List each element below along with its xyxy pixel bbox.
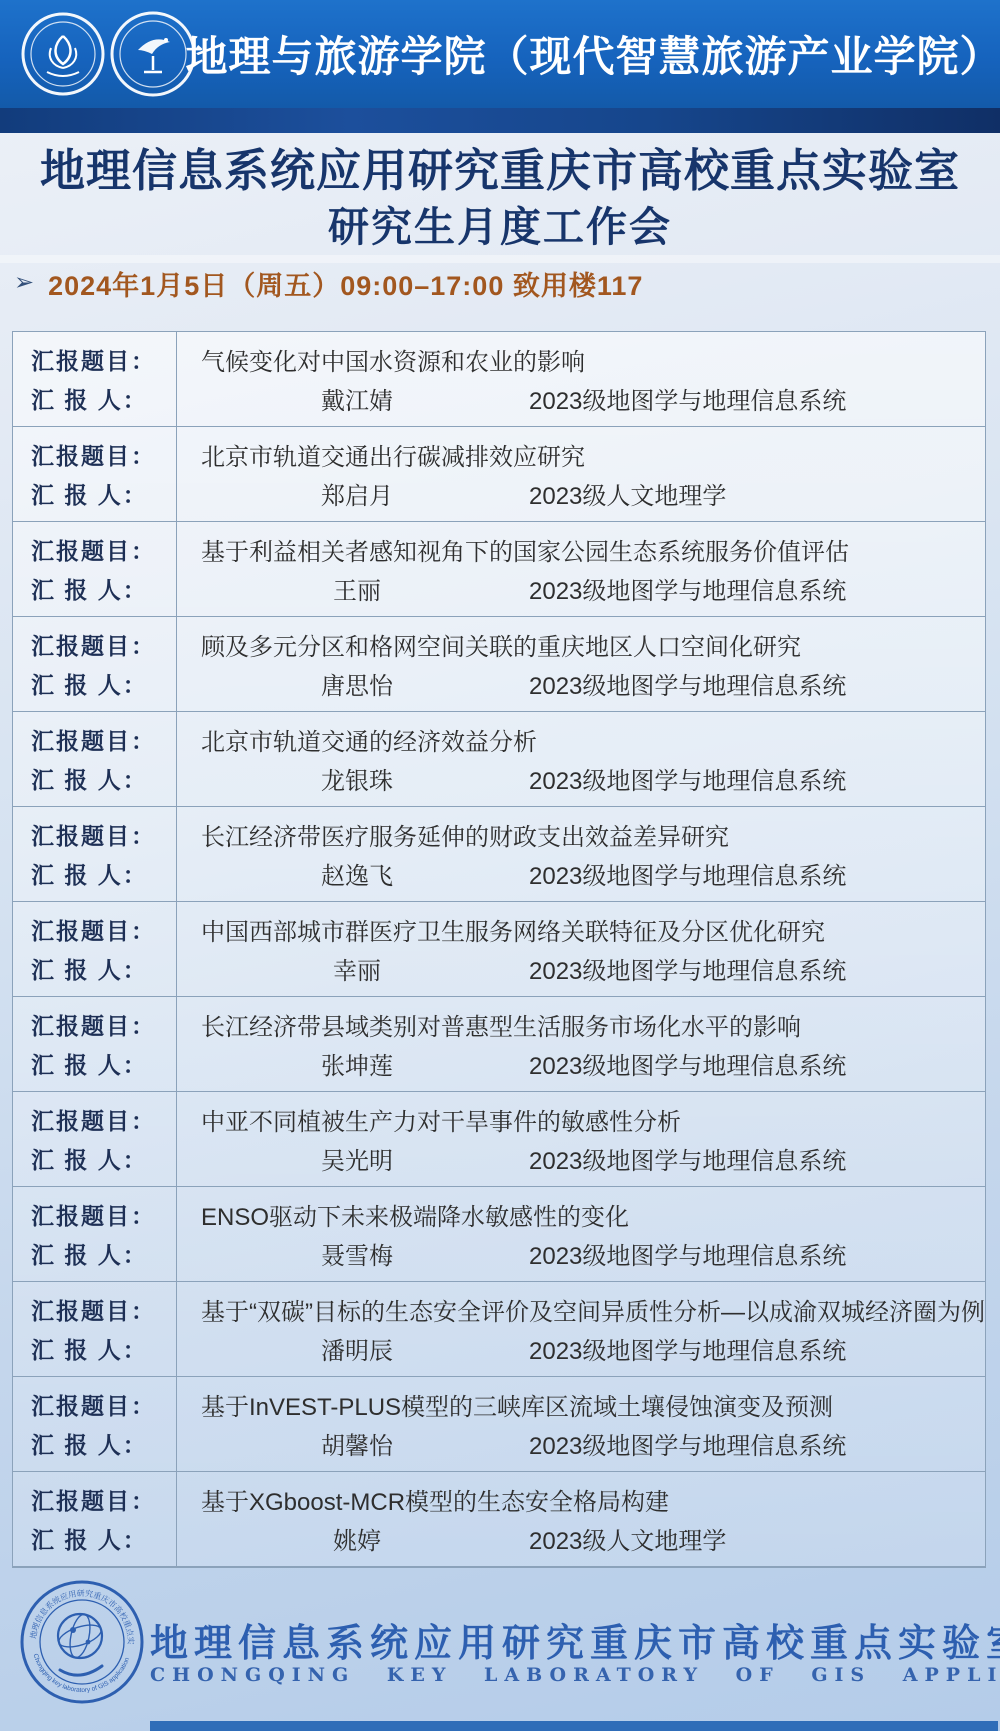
presenter-line: 吴光明 2023级地图学与地理信息系统 [177,1141,985,1176]
report-title: 北京市轨道交通的经济效益分析 [177,722,985,757]
header-divider-strip [0,108,1000,133]
presenter-name: 聂雪梅 [277,1236,437,1271]
presenter-label: 汇 报 人： [31,382,176,415]
content-column: 基于利益相关者感知视角下的国家公园生态系统服务价值评估 王丽 2023级地图学与… [177,522,985,616]
label-column: 汇报题目： 汇 报 人： [13,617,177,711]
presenter-label: 汇 报 人： [31,857,176,890]
schedule-table: 汇报题目： 汇 报 人： 气候变化对中国水资源和农业的影响 戴江婧 2023级地… [12,331,986,1568]
content-column: 基于XGboost-MCR模型的生态安全格局构建 姚婷 2023级人文地理学 [177,1472,985,1566]
table-row: 汇报题目： 汇 报 人： 基于XGboost-MCR模型的生态安全格局构建 姚婷… [13,1472,985,1567]
table-row: 汇报题目： 汇 报 人： ENSO驱动下未来极端降水敏感性的变化 聂雪梅 202… [13,1187,985,1282]
poster: 地理与旅游学院（现代智慧旅游产业学院） 地理信息系统应用研究重庆市高校重点实验室… [0,0,1000,1731]
presenter-line: 王丽 2023级地图学与地理信息系统 [177,571,985,606]
presenter-program: 2023级地图学与地理信息系统 [529,571,846,606]
presenter-line: 聂雪梅 2023级地图学与地理信息系统 [177,1236,985,1271]
lab-title: 地理信息系统应用研究重庆市高校重点实验室 [0,134,1000,199]
label-column: 汇报题目： 汇 报 人： [13,712,177,806]
label-column: 汇报题目： 汇 报 人： [13,807,177,901]
content-column: 北京市轨道交通的经济效益分析 龙银珠 2023级地图学与地理信息系统 [177,712,985,806]
report-title: ENSO驱动下未来极端降水敏感性的变化 [177,1197,985,1232]
logo-ring-text-top: 地理信息系统应用研究重庆市高校重点实验室 [18,1578,136,1645]
label-column: 汇报题目： 汇 报 人： [13,522,177,616]
presenter-label: 汇 报 人： [31,1142,176,1175]
college-logo-icon [108,10,198,98]
table-row: 汇报题目： 汇 报 人： 长江经济带医疗服务延伸的财政支出效益差异研究 赵逸飞 … [13,807,985,902]
arrow-bullet-icon: ➢ [14,271,34,295]
presenter-label: 汇 报 人： [31,1427,176,1460]
report-title-label: 汇报题目： [31,343,176,376]
presenter-name: 幸丽 [277,951,437,986]
label-column: 汇报题目： 汇 报 人： [13,1092,177,1186]
presenter-program: 2023级人文地理学 [529,476,726,511]
content-column: 气候变化对中国水资源和农业的影响 戴江婧 2023级地图学与地理信息系统 [177,332,985,426]
report-title: 基于利益相关者感知视角下的国家公园生态系统服务价值评估 [177,532,985,567]
report-title-label: 汇报题目： [31,1293,176,1326]
report-title: 基于XGboost-MCR模型的生态安全格局构建 [177,1482,985,1517]
presenter-line: 龙银珠 2023级地图学与地理信息系统 [177,761,985,796]
presenter-program: 2023级地图学与地理信息系统 [529,761,846,796]
presenter-program: 2023级地图学与地理信息系统 [529,1141,846,1176]
report-title-label: 汇报题目： [31,1008,176,1041]
table-row: 汇报题目： 汇 报 人： 基于利益相关者感知视角下的国家公园生态系统服务价值评估… [13,522,985,617]
presenter-program: 2023级地图学与地理信息系统 [529,1426,846,1461]
report-title: 顾及多元分区和格网空间关联的重庆地区人口空间化研究 [177,627,985,662]
meeting-info-line: ➢ 2024年1月5日（周五）09:00–17:00 致用楼117 [14,266,974,300]
presenter-name: 赵逸飞 [277,856,437,891]
presenter-label: 汇 报 人： [31,1332,176,1365]
presenter-line: 胡馨怡 2023级地图学与地理信息系统 [177,1426,985,1461]
footer-lab-name-cn: 地理信息系统应用研究重庆市高校重点实验室 [150,1612,990,1667]
label-column: 汇报题目： 汇 报 人： [13,427,177,521]
presenter-program: 2023级地图学与地理信息系统 [529,1331,846,1366]
presenter-line: 戴江婧 2023级地图学与地理信息系统 [177,381,985,416]
presenter-name: 戴江婧 [277,381,437,416]
presenter-name: 龙银珠 [277,761,437,796]
presenter-line: 幸丽 2023级地图学与地理信息系统 [177,951,985,986]
presenter-line: 唐思怡 2023级地图学与地理信息系统 [177,666,985,701]
presenter-name: 张坤莲 [277,1046,437,1081]
presenter-name: 唐思怡 [277,666,437,701]
report-title-label: 汇报题目： [31,1103,176,1136]
report-title-label: 汇报题目： [31,438,176,471]
report-title-label: 汇报题目： [31,723,176,756]
label-column: 汇报题目： 汇 报 人： [13,1187,177,1281]
report-title-label: 汇报题目： [31,1198,176,1231]
presenter-label: 汇 报 人： [31,1522,176,1555]
report-title-label: 汇报题目： [31,533,176,566]
label-column: 汇报题目： 汇 报 人： [13,902,177,996]
table-row: 汇报题目： 汇 报 人： 中国西部城市群医疗卫生服务网络关联特征及分区优化研究 … [13,902,985,997]
label-column: 汇报题目： 汇 报 人： [13,1282,177,1376]
svg-text:地理信息系统应用研究重庆市高校重点实验室: 地理信息系统应用研究重庆市高校重点实验室 [18,1578,136,1645]
label-column: 汇报题目： 汇 报 人： [13,1377,177,1471]
report-title: 长江经济带医疗服务延伸的财政支出效益差异研究 [177,817,985,852]
presenter-label: 汇 报 人： [31,1047,176,1080]
report-title: 基于“双碳”目标的生态安全评价及空间异质性分析—以成渝双城经济圈为例 [177,1292,985,1327]
presenter-label: 汇 报 人： [31,477,176,510]
report-title: 长江经济带县域类别对普惠型生活服务市场化水平的影响 [177,1007,985,1042]
presenter-name: 吴光明 [277,1141,437,1176]
report-title: 中国西部城市群医疗卫生服务网络关联特征及分区优化研究 [177,912,985,947]
presenter-name: 王丽 [277,571,437,606]
presenter-program: 2023级地图学与地理信息系统 [529,381,846,416]
label-column: 汇报题目： 汇 报 人： [13,997,177,1091]
presenter-line: 郑启月 2023级人文地理学 [177,476,985,511]
presenter-label: 汇 报 人： [31,1237,176,1270]
content-column: 中亚不同植被生产力对干旱事件的敏感性分析 吴光明 2023级地图学与地理信息系统 [177,1092,985,1186]
presenter-label: 汇 报 人： [31,952,176,985]
presenter-program: 2023级地图学与地理信息系统 [529,856,846,891]
report-title: 中亚不同植被生产力对干旱事件的敏感性分析 [177,1102,985,1137]
lab-logo-icon: 地理信息系统应用研究重庆市高校重点实验室 Chongqing key labor… [18,1578,146,1706]
presenter-line: 姚婷 2023级人文地理学 [177,1521,985,1556]
presenter-label: 汇 报 人： [31,572,176,605]
table-row: 汇报题目： 汇 报 人： 顾及多元分区和格网空间关联的重庆地区人口空间化研究 唐… [13,617,985,712]
content-column: 基于“双碳”目标的生态安全评价及空间异质性分析—以成渝双城经济圈为例 潘明辰 2… [177,1282,985,1376]
meeting-title: 研究生月度工作会 [0,194,1000,253]
presenter-line: 赵逸飞 2023级地图学与地理信息系统 [177,856,985,891]
presenter-program: 2023级地图学与地理信息系统 [529,1046,846,1081]
bottom-accent-bar [150,1721,998,1731]
background-sheen [0,255,1000,263]
content-column: 基于InVEST-PLUS模型的三峡库区流域土壤侵蚀演变及预测 胡馨怡 2023… [177,1377,985,1471]
label-column: 汇报题目： 汇 报 人： [13,1472,177,1566]
report-title-label: 汇报题目： [31,1483,176,1516]
meeting-datetime: 2024年1月5日（周五）09:00–17:00 致用楼117 [48,264,643,303]
header-banner: 地理与旅游学院（现代智慧旅游产业学院） [0,0,1000,108]
table-row: 汇报题目： 汇 报 人： 气候变化对中国水资源和农业的影响 戴江婧 2023级地… [13,332,985,427]
content-column: 北京市轨道交通出行碳减排效应研究 郑启月 2023级人文地理学 [177,427,985,521]
presenter-label: 汇 报 人： [31,667,176,700]
report-title: 北京市轨道交通出行碳减排效应研究 [177,437,985,472]
label-column: 汇报题目： 汇 报 人： [13,332,177,426]
presenter-name: 潘明辰 [277,1331,437,1366]
content-column: 长江经济带县域类别对普惠型生活服务市场化水平的影响 张坤莲 2023级地图学与地… [177,997,985,1091]
content-column: 中国西部城市群医疗卫生服务网络关联特征及分区优化研究 幸丽 2023级地图学与地… [177,902,985,996]
footer-lab-name-en: CHONGQING KEY LABORATORY OF GIS APPLICAT… [150,1664,990,1686]
presenter-name: 郑启月 [277,476,437,511]
presenter-program: 2023级地图学与地理信息系统 [529,666,846,701]
content-column: 顾及多元分区和格网空间关联的重庆地区人口空间化研究 唐思怡 2023级地图学与地… [177,617,985,711]
college-title: 地理与旅游学院（现代智慧旅游产业学院） [198,0,990,108]
report-title: 气候变化对中国水资源和农业的影响 [177,342,985,377]
report-title: 基于InVEST-PLUS模型的三峡库区流域土壤侵蚀演变及预测 [177,1387,985,1422]
presenter-name: 姚婷 [277,1521,437,1556]
table-row: 汇报题目： 汇 报 人： 北京市轨道交通的经济效益分析 龙银珠 2023级地图学… [13,712,985,807]
presenter-program: 2023级地图学与地理信息系统 [529,1236,846,1271]
presenter-line: 潘明辰 2023级地图学与地理信息系统 [177,1331,985,1366]
report-title-label: 汇报题目： [31,818,176,851]
presenter-program: 2023级地图学与地理信息系统 [529,951,846,986]
presenter-line: 张坤莲 2023级地图学与地理信息系统 [177,1046,985,1081]
report-title-label: 汇报题目： [31,913,176,946]
content-column: 长江经济带医疗服务延伸的财政支出效益差异研究 赵逸飞 2023级地图学与地理信息… [177,807,985,901]
table-row: 汇报题目： 汇 报 人： 北京市轨道交通出行碳减排效应研究 郑启月 2023级人… [13,427,985,522]
table-row: 汇报题目： 汇 报 人： 基于“双碳”目标的生态安全评价及空间异质性分析—以成渝… [13,1282,985,1377]
report-title-label: 汇报题目： [31,1388,176,1421]
report-title-label: 汇报题目： [31,628,176,661]
presenter-label: 汇 报 人： [31,762,176,795]
content-column: ENSO驱动下未来极端降水敏感性的变化 聂雪梅 2023级地图学与地理信息系统 [177,1187,985,1281]
table-row: 汇报题目： 汇 报 人： 中亚不同植被生产力对干旱事件的敏感性分析 吴光明 20… [13,1092,985,1187]
university-logo-icon [20,10,106,98]
table-row: 汇报题目： 汇 报 人： 长江经济带县域类别对普惠型生活服务市场化水平的影响 张… [13,997,985,1092]
presenter-program: 2023级人文地理学 [529,1521,726,1556]
table-row: 汇报题目： 汇 报 人： 基于InVEST-PLUS模型的三峡库区流域土壤侵蚀演… [13,1377,985,1472]
presenter-name: 胡馨怡 [277,1426,437,1461]
